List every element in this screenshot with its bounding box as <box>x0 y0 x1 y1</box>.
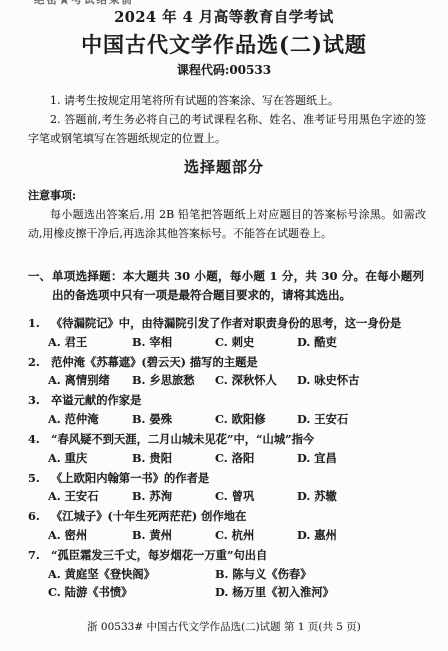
question-number: 6. <box>28 507 51 526</box>
answer-option: B. 陈与义《伤春》 <box>215 565 430 584</box>
question-options: A. 范仲淹B. 晏殊C. 欧阳修D. 王安石 <box>48 410 430 429</box>
security-classification-text: 绝密★考试结束前 <box>34 0 174 5</box>
question-line: 4. “春风疑不到天涯，二月山城未见花”中，“山城”指今 <box>28 430 430 449</box>
answer-option: A. 重庆 <box>48 449 132 468</box>
question-block: 7. “孤臣霜发三千丈，每岁烟花一万重”句出自 A. 黄庭坚《登快阁》B. 陈与… <box>28 546 430 602</box>
course-code: 课程代码:00533 <box>0 62 448 78</box>
question-block: 3. 卒谥元献的作家是 A. 范仲淹B. 晏殊C. 欧阳修D. 王安石 <box>28 391 430 428</box>
answer-option: D. 杨万里《初入淮河》 <box>215 583 430 602</box>
question-number: 1. <box>28 314 51 333</box>
question-number: 5. <box>28 469 51 488</box>
answer-option: C. 深秋怀人 <box>215 371 297 390</box>
question-block: 2. 范仲淹《苏幕遮》(碧云天) 描写的主题是 A. 离情别绪B. 乡思旅愁C.… <box>28 353 430 390</box>
question-list: 1. 《待漏院记》中，由待漏院引发了作者对职责身份的思考，这一身份是 A. 君王… <box>28 314 430 602</box>
question-text: “春风疑不到天涯，二月山城未见花”中，“山城”指今 <box>51 430 430 449</box>
general-instructions: 1. 请考生按规定用笔将所有试题的答案涂、写在答题纸上。 2. 答题前,考生务必… <box>28 91 426 148</box>
question-text: 《上欧阳内翰第一书》的作者是 <box>51 469 430 488</box>
question-line: 2. 范仲淹《苏幕遮》(碧云天) 描写的主题是 <box>28 353 430 372</box>
paper-title: 中国古代文学作品选(二)试题 <box>0 31 448 58</box>
question-options: A. 王安石B. 苏洵C. 曾巩D. 苏辙 <box>48 487 430 506</box>
question-text: 范仲淹《苏幕遮》(碧云天) 描写的主题是 <box>51 353 430 372</box>
answer-option: A. 君王 <box>48 333 132 352</box>
answer-option: D. 酷吏 <box>297 333 430 352</box>
answer-option: A. 王安石 <box>48 487 132 506</box>
exam-paper-page: 绝密★考试结束前 2024 年 4 月高等教育自学考试 中国古代文学作品选(二)… <box>0 0 448 651</box>
question-line: 1. 《待漏院记》中，由待漏院引发了作者对职责身份的思考，这一身份是 <box>28 314 430 333</box>
answer-option: B. 乡思旅愁 <box>132 371 215 390</box>
question-options: A. 君王B. 宰相C. 刺史D. 酷吏 <box>48 333 430 352</box>
section-title: 选择题部分 <box>0 157 448 177</box>
part-one-heading-text: 单项选择题：本大题共 30 小题，每小题 1 分，共 30 分。在每小题列出的备… <box>52 267 424 305</box>
question-line: 7. “孤臣霜发三千丈，每岁烟花一万重”句出自 <box>28 546 430 565</box>
answer-option: C. 洛阳 <box>215 449 297 468</box>
question-number: 3. <box>28 391 51 410</box>
answer-option: D. 咏史怀古 <box>297 371 430 390</box>
instruction-item-1: 1. 请考生按规定用笔将所有试题的答案涂、写在答题纸上。 <box>28 91 426 110</box>
answer-option: D. 王安石 <box>297 410 430 429</box>
question-block: 5. 《上欧阳内翰第一书》的作者是 A. 王安石B. 苏洵C. 曾巩D. 苏辙 <box>28 469 430 506</box>
part-one-heading: 一、 单项选择题：本大题共 30 小题，每小题 1 分，共 30 分。在每小题列… <box>28 267 424 305</box>
part-one-marker: 一、 <box>28 267 52 305</box>
question-line: 6. 《江城子》(十年生死两茫茫) 创作地在 <box>28 507 430 526</box>
question-block: 6. 《江城子》(十年生死两茫茫) 创作地在 A. 密州B. 黄州C. 杭州D.… <box>28 507 430 544</box>
answer-option: B. 苏洵 <box>132 487 215 506</box>
answer-option: A. 离情别绪 <box>48 371 132 390</box>
question-text: 《江城子》(十年生死两茫茫) 创作地在 <box>51 507 430 526</box>
answer-option: A. 黄庭坚《登快阁》 <box>48 565 215 584</box>
question-options: A. 离情别绪B. 乡思旅愁C. 深秋怀人D. 咏史怀古 <box>48 371 430 390</box>
question-line: 5. 《上欧阳内翰第一书》的作者是 <box>28 469 430 488</box>
answer-option: A. 范仲淹 <box>48 410 132 429</box>
question-block: 4. “春风疑不到天涯，二月山城未见花”中，“山城”指今 A. 重庆B. 贵阳C… <box>28 430 430 467</box>
page-footer: 浙 00533# 中国古代文学作品选(二)试题 第 1 页(共 5 页) <box>0 619 448 634</box>
answer-option: B. 黄州 <box>132 526 215 545</box>
security-classification-cropped-line: 绝密★考试结束前 <box>34 0 174 5</box>
answer-option: B. 宰相 <box>132 333 215 352</box>
answer-option: B. 晏殊 <box>132 410 215 429</box>
question-text: 《待漏院记》中，由待漏院引发了作者对职责身份的思考，这一身份是 <box>51 314 430 333</box>
question-options: A. 黄庭坚《登快阁》B. 陈与义《伤春》C. 陆游《书愤》D. 杨万里《初入淮… <box>48 565 430 602</box>
notice-block: 注意事项: 每小题选出答案后,用 2B 铅笔把答题纸上对应题目的答案标号涂黑。如… <box>28 186 426 243</box>
answer-option: C. 刺史 <box>215 333 297 352</box>
notice-title: 注意事项: <box>28 186 426 205</box>
answer-option: C. 杭州 <box>215 526 297 545</box>
answer-option: D. 惠州 <box>297 526 430 545</box>
answer-option: C. 陆游《书愤》 <box>48 583 215 602</box>
answer-option: D. 宜昌 <box>297 449 430 468</box>
notice-body: 每小题选出答案后,用 2B 铅笔把答题纸上对应题目的答案标号涂黑。如需改动,用橡… <box>28 205 426 243</box>
answer-option: C. 曾巩 <box>215 487 297 506</box>
question-line: 3. 卒谥元献的作家是 <box>28 391 430 410</box>
answer-option: A. 密州 <box>48 526 132 545</box>
question-number: 4. <box>28 430 51 449</box>
instruction-item-2: 2. 答题前,考生务必将自己的考试课程名称、姓名、准考证号用黑色字迹的签字笔或钢… <box>28 110 426 148</box>
answer-option: C. 欧阳修 <box>215 410 297 429</box>
question-text: 卒谥元献的作家是 <box>51 391 430 410</box>
answer-option: D. 苏辙 <box>297 487 430 506</box>
answer-option: B. 贵阳 <box>132 449 215 468</box>
question-options: A. 密州B. 黄州C. 杭州D. 惠州 <box>48 526 430 545</box>
question-number: 2. <box>28 353 51 372</box>
question-options: A. 重庆B. 贵阳C. 洛阳D. 宜昌 <box>48 449 430 468</box>
question-number: 7. <box>28 546 51 565</box>
question-block: 1. 《待漏院记》中，由待漏院引发了作者对职责身份的思考，这一身份是 A. 君王… <box>28 314 430 351</box>
question-text: “孤臣霜发三千丈，每岁烟花一万重”句出自 <box>51 546 430 565</box>
